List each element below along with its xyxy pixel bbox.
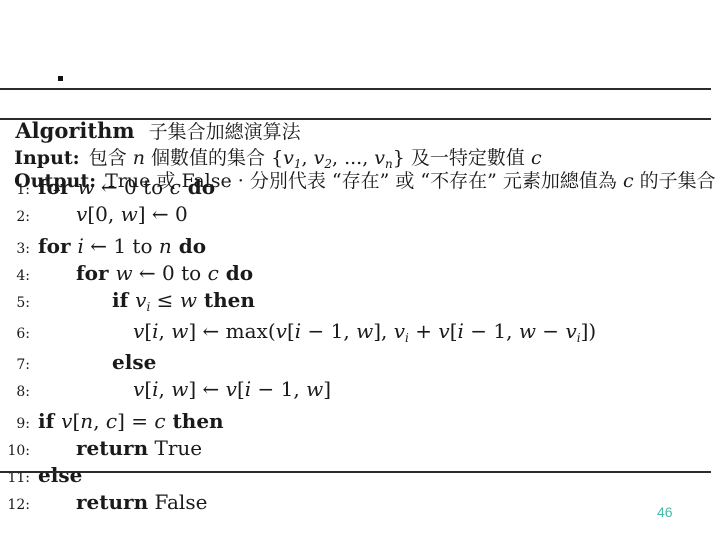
text-segment: ] ← max( [188,319,275,343]
code-line: 7:else [0,350,711,377]
text-segment: − 1, [251,377,306,401]
text-segment: , [159,319,172,343]
text-segment: [0, [87,202,120,226]
text-segment: return [76,436,148,460]
text-segment: v [133,377,144,401]
code-line-number: 7: [0,353,30,377]
bullet-dot [58,76,63,81]
text-segment: do [219,261,253,285]
text-segment: v [135,288,146,312]
code-line-number: 5: [0,291,30,315]
text-segment: do [172,234,206,258]
text-segment: , [159,377,172,401]
text-segment: v [76,202,87,226]
text-segment: n [159,234,172,258]
text-segment: w [306,377,323,401]
text-segment: w [77,175,94,199]
code-line-content: v[0, w] ← 0 [38,202,188,226]
text-segment: w [171,377,188,401]
code-line-content: if vi ≤ w then [38,288,255,319]
code-line: 2:v[0, w] ← 0 [0,202,711,229]
text-segment: v [133,319,144,343]
pseudocode-block: 1:for w ← 0 to c do2:v[0, w] ← 03:for i … [0,175,711,517]
text-segment: ← 1 to [84,234,159,258]
code-line-number: 1: [0,178,30,202]
code-line-number: 12: [0,493,30,517]
code-line-number: 11: [0,466,30,490]
text-segment: v [565,319,576,343]
text-segment: c [106,409,117,433]
text-segment: v [276,319,287,343]
footer-rule [0,471,711,473]
text-segment: else [38,463,82,487]
text-segment: [ [237,377,245,401]
text-segment: − 1, [301,319,356,343]
text-segment: v [438,319,449,343]
text-segment: ] ← 0 [138,202,188,226]
text-segment: w [180,288,197,312]
code-line: 10:return True [0,436,711,463]
text-segment: then [166,409,224,433]
code-line: 5:if vi ≤ w then [0,288,711,319]
text-segment: then [197,288,255,312]
text-segment: + [409,319,438,343]
text-segment: False [148,490,207,514]
text-segment: [ [287,319,295,343]
text-segment: , [93,409,106,433]
slide-canvas: { "slide": { "page_number": "46", "page_… [0,0,720,540]
text-segment: for [38,175,77,199]
code-line-number: 8: [0,380,30,404]
text-segment: n [80,409,93,433]
text-segment: for [76,261,115,285]
code-line-content: if v[n, c] = c then [38,409,224,433]
code-line-number: 6: [0,322,30,346]
text-segment: for [38,234,77,258]
code-line-content: for w ← 0 to c do [38,175,215,199]
code-line-number: 10: [0,439,30,463]
text-segment: [ [144,319,152,343]
text-segment: do [181,175,215,199]
text-segment: ← 0 to [95,175,170,199]
code-line: 12:return False [0,490,711,517]
code-line-content: for w ← 0 to c do [38,261,253,285]
text-segment: if [112,288,135,312]
code-line-number: 4: [0,264,30,288]
page-number: 46 [657,504,673,520]
text-segment: ← 0 to [133,261,208,285]
text-segment: [ [144,377,152,401]
code-line: 1:for w ← 0 to c do [0,175,711,202]
code-line: 3:for i ← 1 to n do [0,234,711,261]
text-segment: True [148,436,202,460]
code-line-content: v[i, w] ← v[i − 1, w] [38,377,331,401]
header-top-rule [0,88,711,90]
text-segment: ], [373,319,394,343]
text-segment: w [115,261,132,285]
code-line: 4:for w ← 0 to c do [0,261,711,288]
code-line-content: else [38,350,156,374]
code-line: 11:else [0,463,711,490]
header-bottom-rule [0,118,711,120]
code-line: 6:v[i, w] ← max(v[i − 1, w], vi + v[i − … [0,319,711,350]
text-segment: w [356,319,373,343]
code-line: 8:v[i, w] ← v[i − 1, w] [0,377,711,404]
text-segment: if [38,409,61,433]
code-line-content: else [38,463,82,487]
text-segment: ]) [581,319,597,343]
text-segment: c [208,261,219,285]
text-segment: w [519,319,536,343]
text-segment: c [170,175,181,199]
text-segment: return [76,490,148,514]
text-segment: − 1, [464,319,519,343]
text-segment: ] [323,377,331,401]
text-segment: w [121,202,138,226]
code-line: 9:if v[n, c] = c then [0,409,711,436]
text-segment: w [171,319,188,343]
text-segment: v [226,377,237,401]
code-line-content: for i ← 1 to n do [38,234,206,258]
text-segment: v [61,409,72,433]
text-segment: v [394,319,405,343]
text-segment: ] ← [188,377,225,401]
code-line-number: 2: [0,205,30,229]
text-segment: [ [450,319,458,343]
text-segment: − [536,319,565,343]
code-line-number: 9: [0,412,30,436]
text-segment: ] = [117,409,154,433]
code-line-content: return False [38,490,207,514]
code-line-number: 3: [0,237,30,261]
code-line-content: v[i, w] ← max(v[i − 1, w], vi + v[i − 1,… [38,319,596,350]
text-segment: c [154,409,165,433]
text-segment: ≤ [150,288,179,312]
algorithm-header: Algorithm子集合加總演算法 [2,92,301,118]
code-line-content: return True [38,436,202,460]
text-segment: else [112,350,156,374]
